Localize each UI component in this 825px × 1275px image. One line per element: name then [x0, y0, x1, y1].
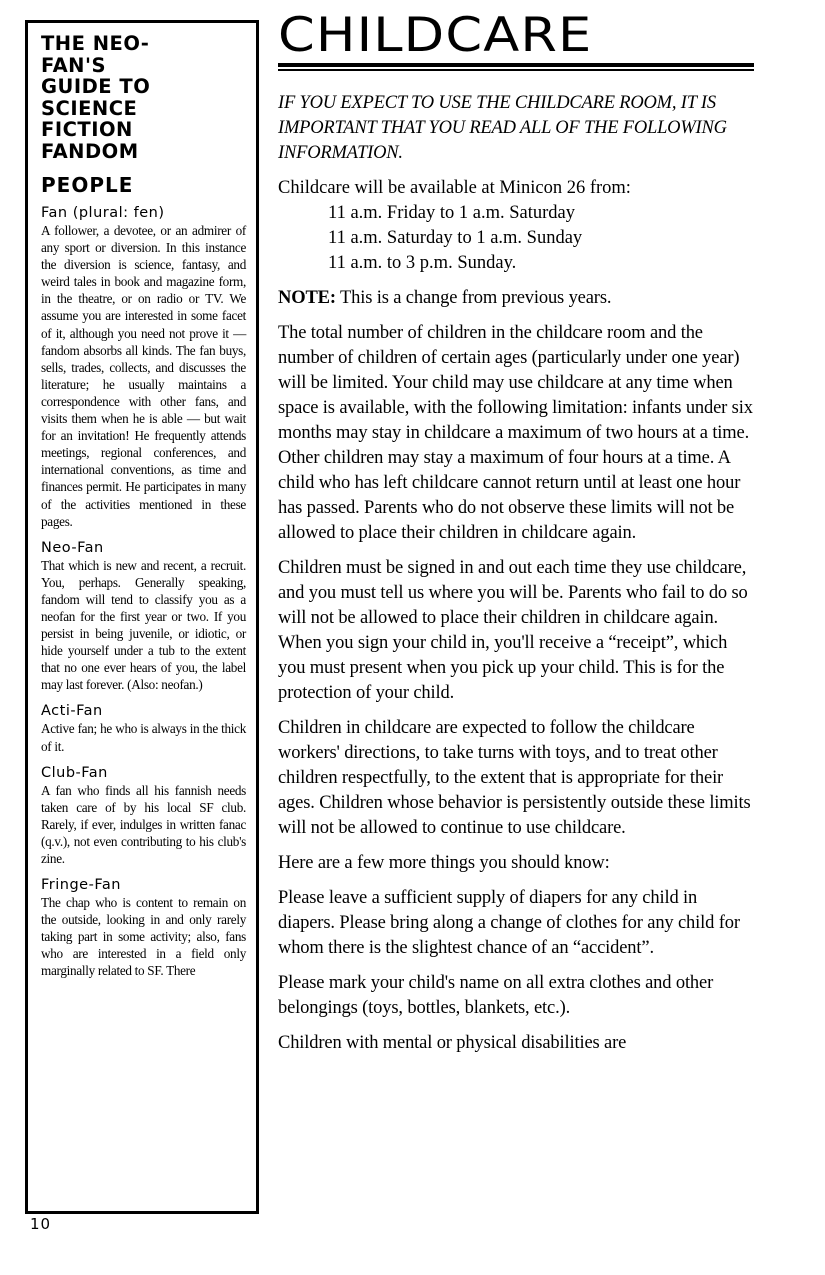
term-definition: A follower, a devotee, or an admirer of … — [41, 222, 246, 530]
term-definition: The chap who is content to remain on the… — [41, 894, 246, 979]
page-title: CHILDCARE — [278, 12, 816, 60]
neo-fan-guide-sidebar: THE NEO- FAN'S GUIDE TO SCIENCE FICTION … — [25, 20, 259, 1214]
paragraph-behavior: Children in childcare are expected to fo… — [278, 716, 758, 841]
page-number: 10 — [30, 1215, 51, 1233]
paragraph-diapers: Please leave a sufficient supply of diap… — [278, 886, 758, 961]
note-paragraph: NOTE: This is a change from previous yea… — [278, 286, 758, 311]
term-name: Acti-Fan — [41, 702, 246, 720]
glossary-term: Club-Fan A fan who finds all his fannish… — [41, 764, 246, 867]
intro-notice: IF YOU EXPECT TO USE THE CHILDCARE ROOM,… — [278, 91, 758, 166]
paragraph-disabilities: Children with mental or physical disabil… — [278, 1031, 758, 1056]
note-text: This is a change from previous years. — [336, 288, 612, 308]
schedule-block: Childcare will be available at Minicon 2… — [278, 176, 758, 276]
paragraph-more-things: Here are a few more things you should kn… — [278, 851, 758, 876]
schedule-item: 11 a.m. Friday to 1 a.m. Saturday — [278, 201, 758, 226]
rule-thin — [278, 69, 754, 71]
title-rule-divider — [278, 63, 754, 71]
schedule-item: 11 a.m. to 3 p.m. Sunday. — [278, 251, 758, 276]
glossary-term: Acti-Fan Active fan; he who is always in… — [41, 702, 246, 754]
note-label: NOTE: — [278, 288, 336, 308]
schedule-intro: Childcare will be available at Minicon 2… — [278, 176, 758, 201]
glossary-term: Fringe-Fan The chap who is content to re… — [41, 876, 246, 979]
term-definition: That which is new and recent, a recruit.… — [41, 557, 246, 694]
paragraph-sign-in: Children must be signed in and out each … — [278, 556, 758, 706]
schedule-item: 11 a.m. Saturday to 1 a.m. Sunday — [278, 226, 758, 251]
sidebar-title: THE NEO- FAN'S GUIDE TO SCIENCE FICTION … — [41, 33, 246, 162]
glossary-term: Neo-Fan That which is new and recent, a … — [41, 539, 246, 694]
glossary-term: Fan (plural: fen) A follower, a devotee,… — [41, 204, 246, 530]
paragraph-belongings: Please mark your child's name on all ext… — [278, 971, 758, 1021]
term-name: Fringe-Fan — [41, 876, 246, 894]
section-title-people: PEOPLE — [41, 173, 246, 197]
term-name: Fan (plural: fen) — [41, 204, 246, 222]
term-definition: Active fan; he who is always in the thic… — [41, 720, 246, 754]
sidebar-content: THE NEO- FAN'S GUIDE TO SCIENCE FICTION … — [41, 33, 246, 989]
paragraph-limits: The total number of children in the chil… — [278, 321, 758, 546]
childcare-article: CHILDCARE IF YOU EXPECT TO USE THE CHILD… — [278, 12, 758, 1066]
term-name: Neo-Fan — [41, 539, 246, 557]
term-definition: A fan who finds all his fannish needs ta… — [41, 782, 246, 867]
rule-thick — [278, 63, 754, 67]
term-name: Club-Fan — [41, 764, 246, 782]
